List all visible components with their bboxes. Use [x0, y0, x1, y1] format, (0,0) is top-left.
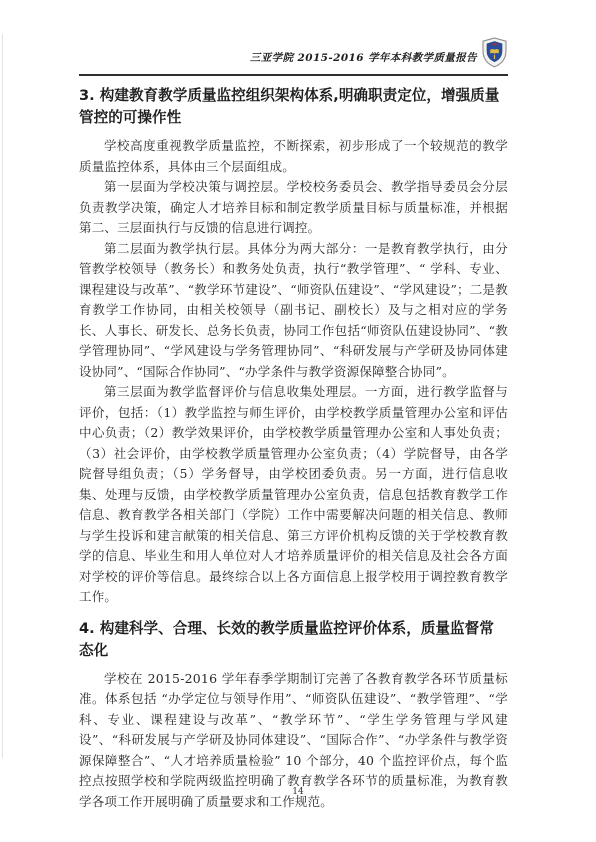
body-paragraph: 第一层面为学校决策与调控层。学校校务委员会、教学指导委员会分层负责教学决策，确定…: [79, 177, 508, 239]
page-edge-artifact: [2, 34, 3, 758]
body-paragraph: 第二层面为教学执行层。具体分为两大部分：一是教育教学执行，由分管教学校领导（教务…: [79, 239, 508, 383]
section-4-heading: 4. 构建科学、合理、长效的教学质量监控评价体系，质量监督常态化: [79, 618, 508, 662]
page-number: 14: [292, 787, 303, 797]
shield-icon: [481, 37, 508, 68]
document-page: 三亚学院 2015-2016 学年本科教学质量报告 3. 构建教育教学质量监控组…: [0, 0, 596, 842]
body-paragraph: 学校高度重视教学质量监控，不断探索，初步形成了一个较规范的教学质量监控体系，具体…: [79, 136, 508, 177]
body-paragraph: 第三层面为教学监督评价与信息收集处理层。一方面，进行教学监督与评价，包括：（1）…: [79, 382, 508, 608]
section-3: 3. 构建教育教学质量监控组织架构体系,明确职责定位，增强质量管控的可操作性 学…: [79, 85, 508, 608]
university-logo: [481, 37, 508, 68]
page-footer: 14: [0, 779, 596, 798]
page-header: 三亚学院 2015-2016 学年本科教学质量报告: [79, 36, 508, 76]
section-3-heading: 3. 构建教育教学质量监控组织架构体系,明确职责定位，增强质量管控的可操作性: [79, 85, 508, 129]
report-title: 三亚学院 2015-2016 学年本科教学质量报告: [250, 50, 477, 65]
